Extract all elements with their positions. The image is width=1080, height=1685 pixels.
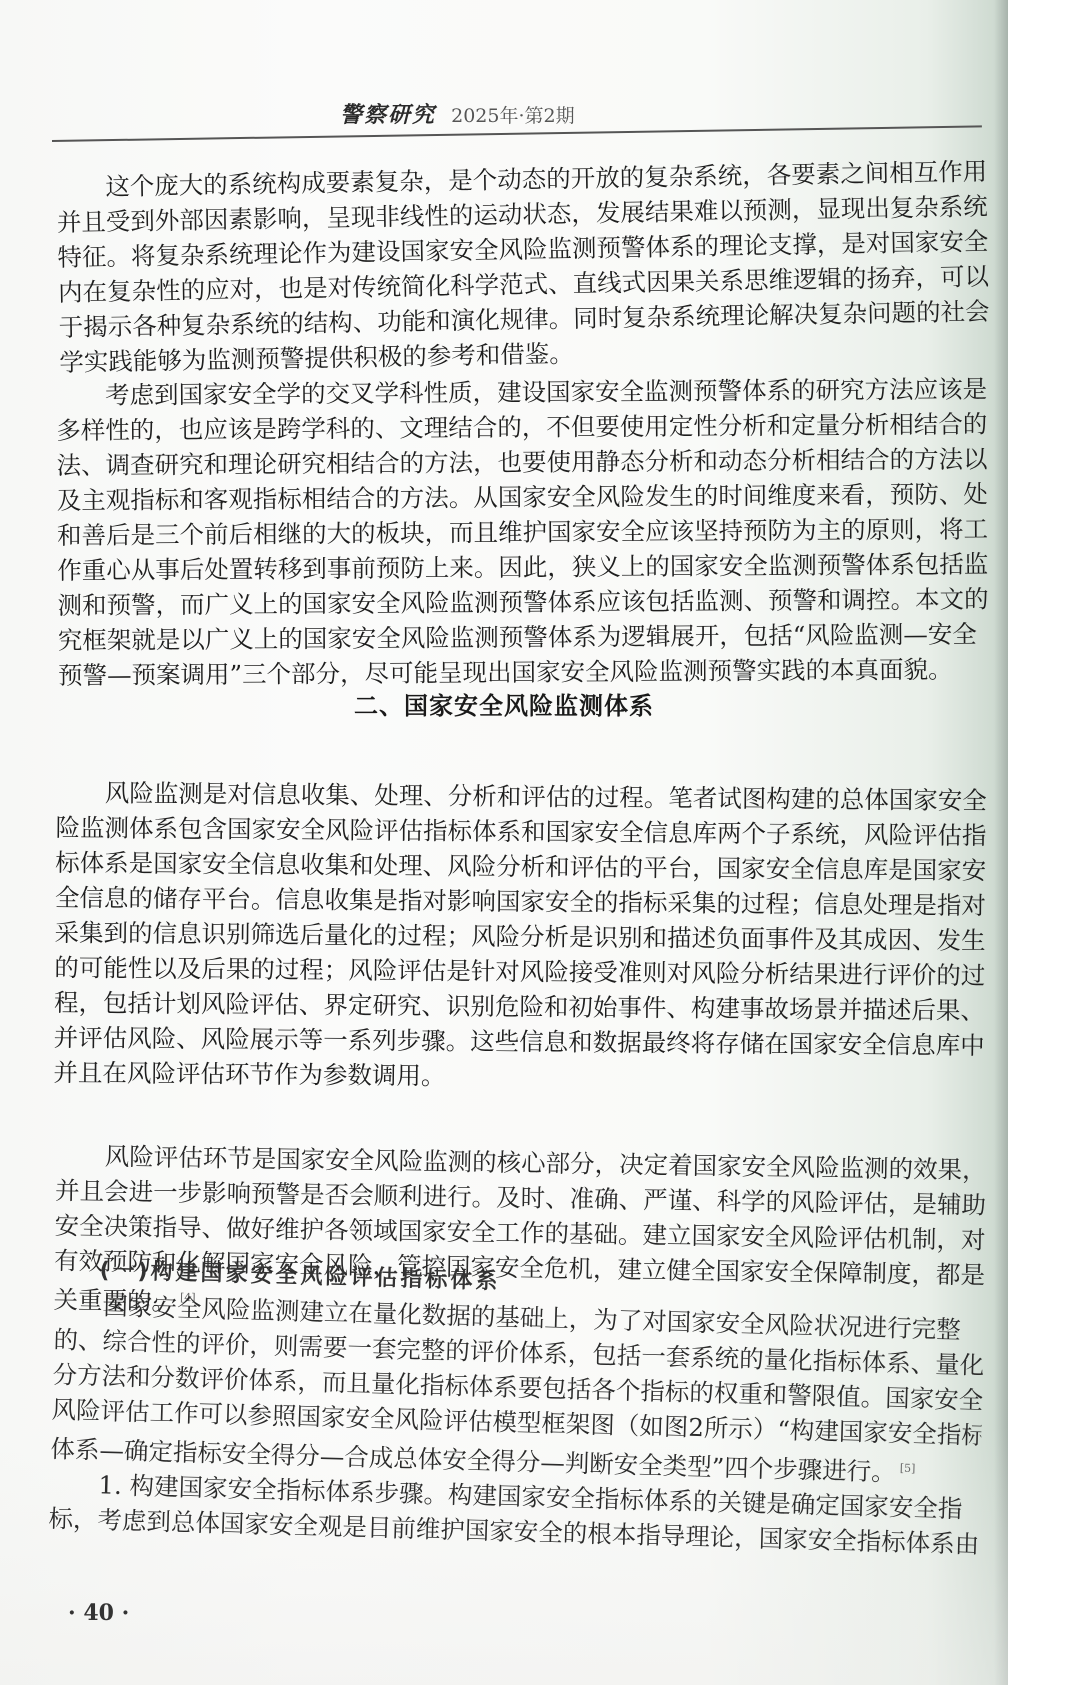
paragraph-risk-monitoring: 风险监测是对信息收集、处理、分析和评估的过程。笔者试图构建的总体国家安全风 险监… [53, 775, 986, 1098]
issue-label: 2025年·第2期 [451, 105, 574, 127]
subsection-indicator-system: (一)构建国家安全风险评估指标体系 国家安全风险监测建立在量化数据的基础上，为了… [48, 1252, 986, 1562]
page-number: · 40 · [68, 1600, 129, 1626]
section-heading: 二、国家安全风险监测体系 [0, 686, 1008, 721]
citation-ref: [5] [900, 1462, 916, 1475]
paragraph-complex-systems: 这个庞大的系统构成要素复杂，是个动态的开放的复杂系统，各要素之间相互作用， 并且… [56, 154, 990, 380]
journal-name: 警察研究 [340, 102, 436, 128]
running-header: 警察研究 2025年·第2期 [340, 98, 575, 129]
book-page: 警察研究 2025年·第2期 这个庞大的系统构成要素复杂，是个动态的开放的复杂系… [0, 0, 1008, 1685]
paragraph-research-methods: 考虑到国家安全学的交叉学科性质，建设国家安全监测预警体系的研究方法应该是 多样性… [56, 372, 988, 693]
